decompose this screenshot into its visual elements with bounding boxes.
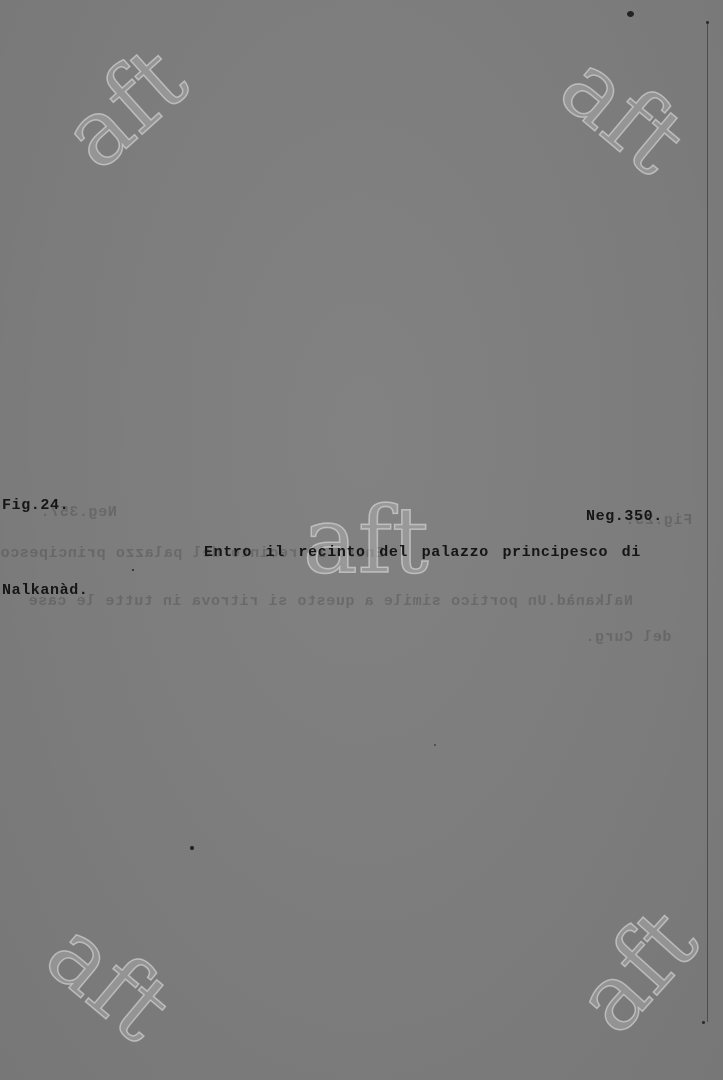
caption-line-1: Entro il recinto del palazzo principesco… <box>204 545 641 560</box>
show-through-text: Nalkanàd.Un portico simile a questo si r… <box>28 594 633 609</box>
figure-label: Fig.24. <box>2 498 69 513</box>
ink-speck <box>627 11 634 17</box>
ink-speck <box>434 744 436 746</box>
watermark-top-right: aft <box>545 38 701 189</box>
watermark-bottom-left: aft <box>31 905 187 1056</box>
watermark-bottom-right: aft <box>561 893 714 1048</box>
page-edge-line <box>707 22 708 1022</box>
watermark-top-left: aft <box>47 32 202 185</box>
caption-line-2: Nalkanàd. <box>2 583 88 598</box>
scanned-document-page: Neg.357. Fig.25. Entro il recinto del pa… <box>0 0 723 1080</box>
ink-speck <box>132 569 134 571</box>
show-through-text: del Curg. <box>585 630 671 645</box>
edge-dot <box>706 21 709 24</box>
watermark-center: aft <box>303 495 429 587</box>
negative-label: Neg.350. <box>586 509 663 524</box>
edge-dot <box>702 1021 705 1024</box>
ink-speck <box>190 846 194 850</box>
